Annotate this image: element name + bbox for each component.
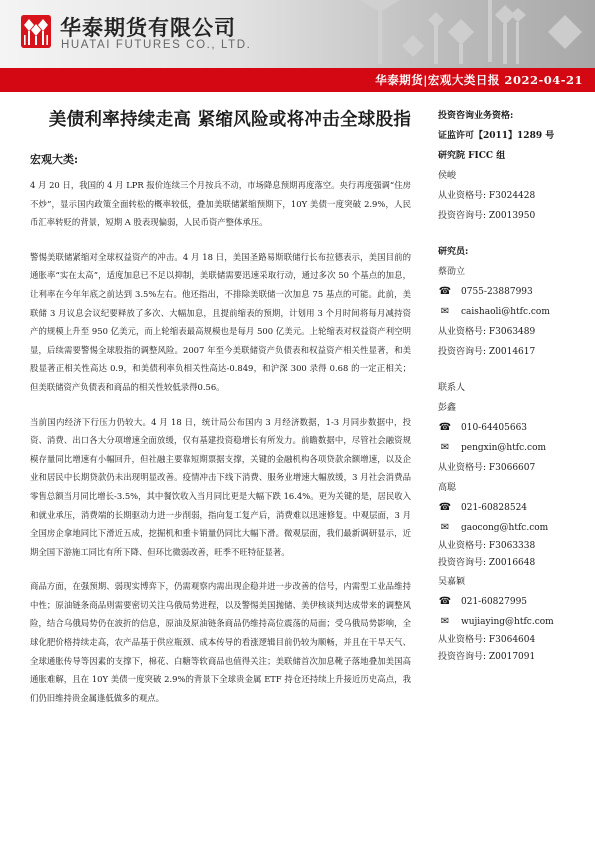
contact-consult-no: 投资咨询号: Z0017091 (438, 649, 588, 666)
banner-title: 华泰期货|宏观大类日报 2022-04-21 (375, 72, 583, 88)
contact-email[interactable]: ✉gaocong@htfc.com (438, 518, 588, 538)
contact-practice-no: 从业资格号: F3063338 (438, 538, 588, 555)
qualification-title: 投资咨询业务资格: (438, 106, 588, 126)
report-body: 4 月 20 日，我国的 4 月 LPR 报价连续三个月按兵不动，市场降息预期再… (30, 176, 411, 723)
header-decoration-icon (360, 0, 595, 68)
contact-phone: ☎021-60828524 (438, 498, 588, 518)
researcher-consult-no: 投资咨询号: Z0014617 (438, 342, 588, 362)
contact-name: 彭鑫 (438, 398, 588, 418)
envelope-icon: ✉ (438, 438, 452, 458)
department: 研究院 FICC 组 (438, 146, 588, 166)
report-banner: 华泰期货|宏观大类日报 2022-04-21 (0, 68, 595, 92)
envelope-icon: ✉ (438, 612, 452, 632)
researcher-practice-no: 从业资格号: F3063489 (438, 322, 588, 342)
telephone-icon: ☎ (438, 282, 452, 302)
paragraph-policy: 4 月 20 日，我国的 4 月 LPR 报价连续三个月按兵不动，市场降息预期再… (30, 176, 411, 232)
company-name-cn: 华泰期货有限公司 (60, 12, 236, 42)
paragraph-domestic-economy: 当前国内经济下行压力仍较大。4 月 18 日，统计局公布国内 3 月经济数据，1… (30, 413, 411, 562)
report-title: 美债利率持续走高 紧缩风险或将冲击全球股指 (30, 106, 430, 131)
researcher-name: 蔡劭立 (438, 262, 588, 282)
contact-email[interactable]: ✉pengxin@htfc.com (438, 438, 588, 458)
researcher-email[interactable]: ✉caishaoli@htfc.com (438, 302, 588, 322)
company-name-en: HUATAI FUTURES CO., LTD. (61, 39, 251, 51)
contact-practice-no: 从业资格号: F3064604 (438, 632, 588, 649)
telephone-icon: ☎ (438, 498, 452, 518)
researcher-phone: ☎0755-23887993 (438, 282, 588, 302)
contact-name: 吴嘉颖 (438, 572, 588, 592)
section-heading: 宏观大类: (30, 151, 78, 167)
envelope-icon: ✉ (438, 302, 452, 322)
paragraph-fed: 警惕美联储紧缩对全球权益资产的冲击。4 月 18 日，美国圣路易斯联储行长布拉德… (30, 248, 411, 397)
contact-email[interactable]: ✉wujiaying@htfc.com (438, 612, 588, 632)
paragraph-commodities: 商品方面，在强预期、弱现实博弈下，仍需观察内需出现企稳并进一步改善的信号，内需型… (30, 577, 411, 707)
contacts-title: 联系人 (438, 378, 588, 398)
telephone-icon: ☎ (438, 418, 452, 438)
envelope-icon: ✉ (438, 518, 452, 538)
contact-name: 高聪 (438, 478, 588, 498)
huatai-logo-icon (21, 15, 51, 48)
report-header: 华泰期货有限公司 HUATAI FUTURES CO., LTD. (0, 0, 595, 68)
lead-practice-no: 从业资格号: F3024428 (438, 186, 588, 206)
license-number: 证监许可【2011】1289 号 (438, 126, 588, 146)
contact-consult-no: 投资咨询号: Z0016648 (438, 555, 588, 572)
contact-practice-no: 从业资格号: F3066607 (438, 458, 588, 478)
researchers-title: 研究员: (438, 242, 588, 262)
contact-phone: ☎021-60827995 (438, 592, 588, 612)
author-sidebar: 投资咨询业务资格: 证监许可【2011】1289 号 研究院 FICC 组 侯峻… (438, 106, 588, 666)
contact-phone: ☎010-64405663 (438, 418, 588, 438)
lead-consult-no: 投资咨询号: Z0013950 (438, 206, 588, 226)
lead-name: 侯峻 (438, 166, 588, 186)
telephone-icon: ☎ (438, 592, 452, 612)
